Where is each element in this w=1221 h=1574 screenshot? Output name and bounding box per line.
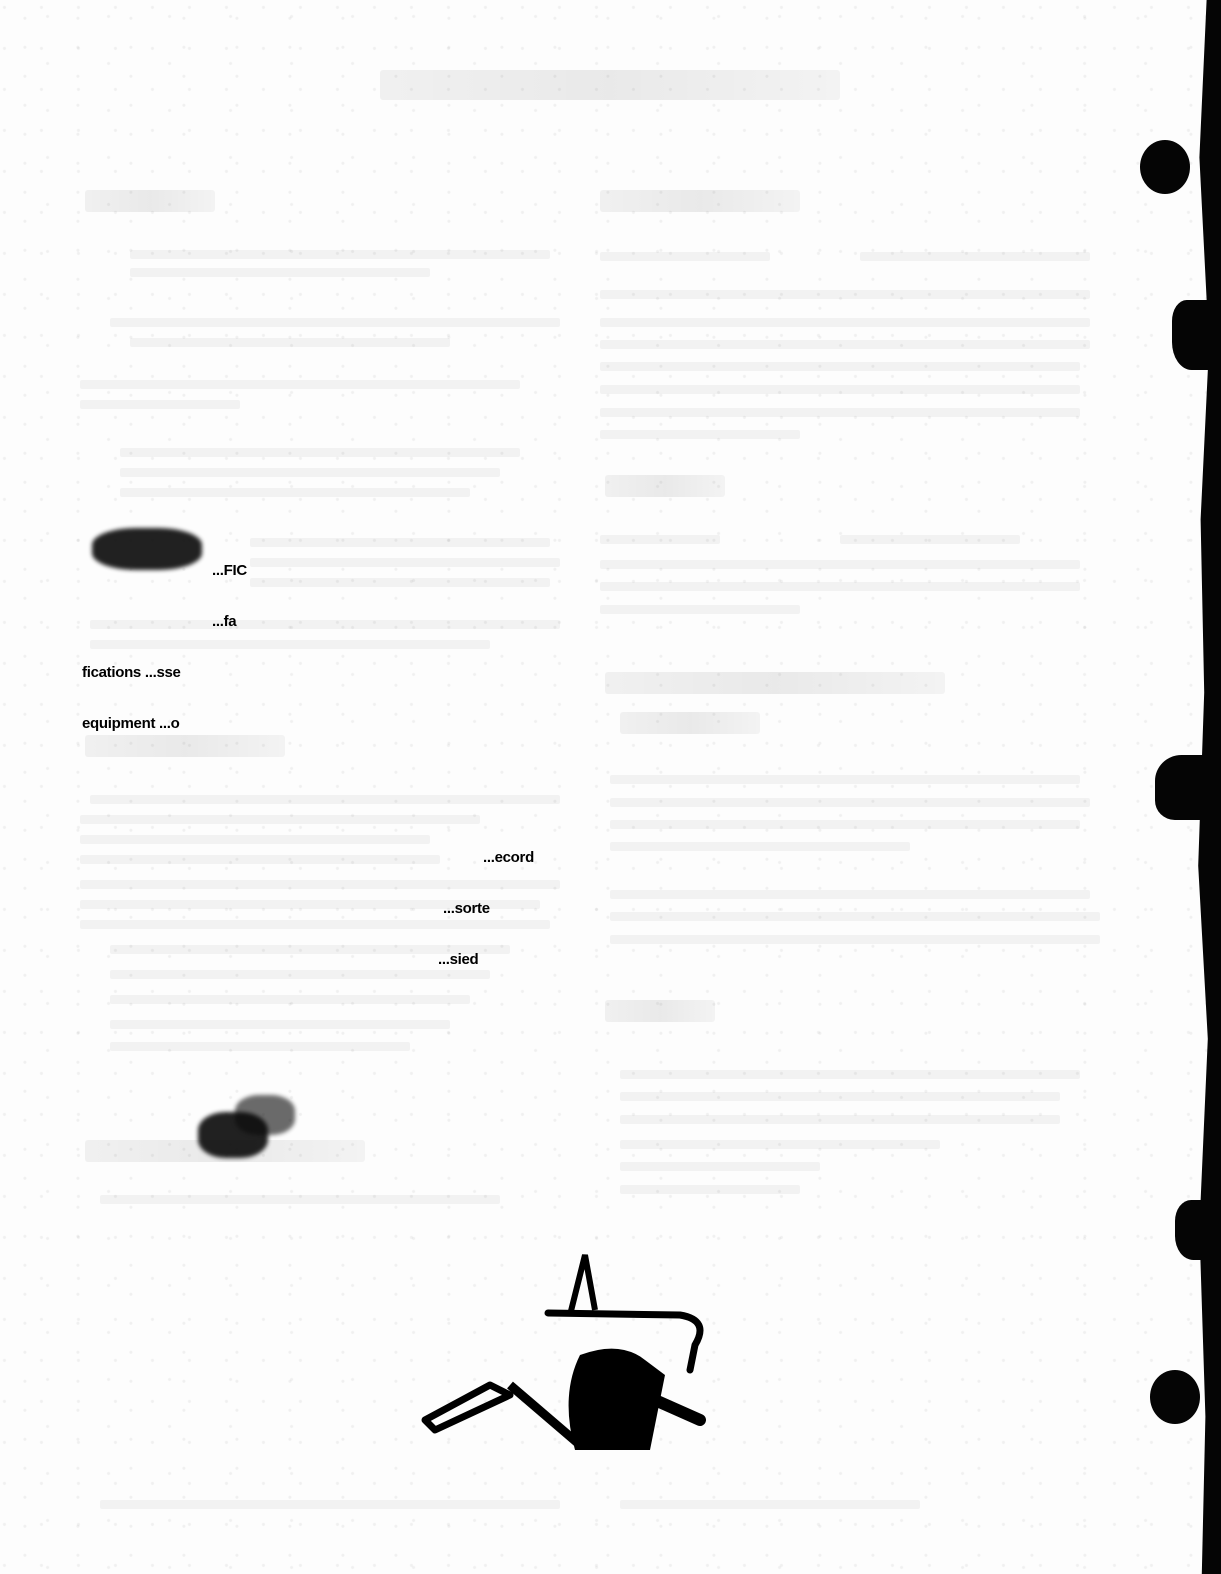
page-title-faded (380, 70, 840, 100)
faded-text-line (130, 250, 550, 259)
section-heading-faded (605, 475, 725, 497)
faded-text-line (610, 890, 1090, 899)
binder-hole-top (1140, 140, 1190, 194)
faded-text-line (610, 775, 1080, 784)
faded-text-line (610, 935, 1100, 944)
binder-hole-bottom (1150, 1370, 1200, 1424)
section-heading-faded (620, 712, 760, 734)
faded-text-line (110, 1020, 450, 1029)
faded-text-line (600, 385, 1080, 394)
faded-text-line (110, 318, 560, 327)
airplane-sketch-icon (410, 1235, 720, 1455)
faded-text-line (80, 815, 480, 824)
faded-text-line (620, 1185, 800, 1194)
faded-text-line (620, 1115, 1060, 1124)
faded-text-line (610, 842, 910, 851)
faded-text-line (100, 1500, 560, 1509)
faded-text-line (250, 578, 550, 587)
faded-text-line (600, 582, 1080, 591)
faded-text-line (620, 1500, 920, 1509)
faded-text-line (110, 995, 470, 1004)
faded-text-line (110, 970, 490, 979)
section-heading-faded (85, 190, 215, 212)
faded-text-line (250, 558, 560, 567)
torn-edge-chunk (1172, 300, 1221, 370)
faded-text-line (620, 1140, 940, 1149)
ink-blot (235, 1095, 295, 1135)
faded-text-line (620, 1092, 1060, 1101)
faded-text-line (100, 1195, 500, 1204)
faded-text-line (80, 400, 240, 409)
faded-text-line (120, 448, 520, 457)
faded-text-line (610, 820, 1080, 829)
faded-text-line (840, 535, 1020, 544)
section-heading-faded (605, 1000, 715, 1022)
faded-text-line (130, 338, 450, 347)
faded-text-line (110, 1042, 410, 1051)
torn-edge-chunk (1155, 755, 1221, 820)
legible-fragment-center: ...ecord ...sorte ...sied (438, 815, 534, 1002)
legible-fragment-left: ...FIC ...fa fications ...sse equipment … (82, 528, 247, 766)
faded-text-line (600, 408, 1080, 417)
faded-text-line (600, 560, 1080, 569)
faded-text-line (120, 488, 470, 497)
faded-text-line (250, 538, 550, 547)
faded-text-line (620, 1070, 1080, 1079)
faded-text-line (600, 252, 770, 261)
faded-text-line (600, 362, 1080, 371)
torn-edge-chunk (1175, 1200, 1221, 1260)
faded-text-line (600, 535, 720, 544)
faded-text-line (600, 340, 1090, 349)
faded-text-line (120, 468, 500, 477)
faded-text-line (600, 318, 1090, 327)
faded-text-line (130, 268, 430, 277)
faded-text-line (600, 290, 1090, 299)
section-heading-faded (600, 190, 800, 212)
section-heading-faded (605, 672, 945, 694)
faded-text-line (610, 912, 1100, 921)
faded-text-line (860, 252, 1090, 261)
faded-text-line (80, 855, 440, 864)
faded-text-line (80, 380, 520, 389)
faded-text-line (610, 798, 1090, 807)
faded-text-line (90, 795, 560, 804)
faded-text-line (80, 835, 430, 844)
faded-text-line (600, 430, 800, 439)
faded-text-line (620, 1162, 820, 1171)
faded-text-line (600, 605, 800, 614)
scanned-page: ...FIC ...fa fications ...sse equipment … (0, 0, 1221, 1574)
